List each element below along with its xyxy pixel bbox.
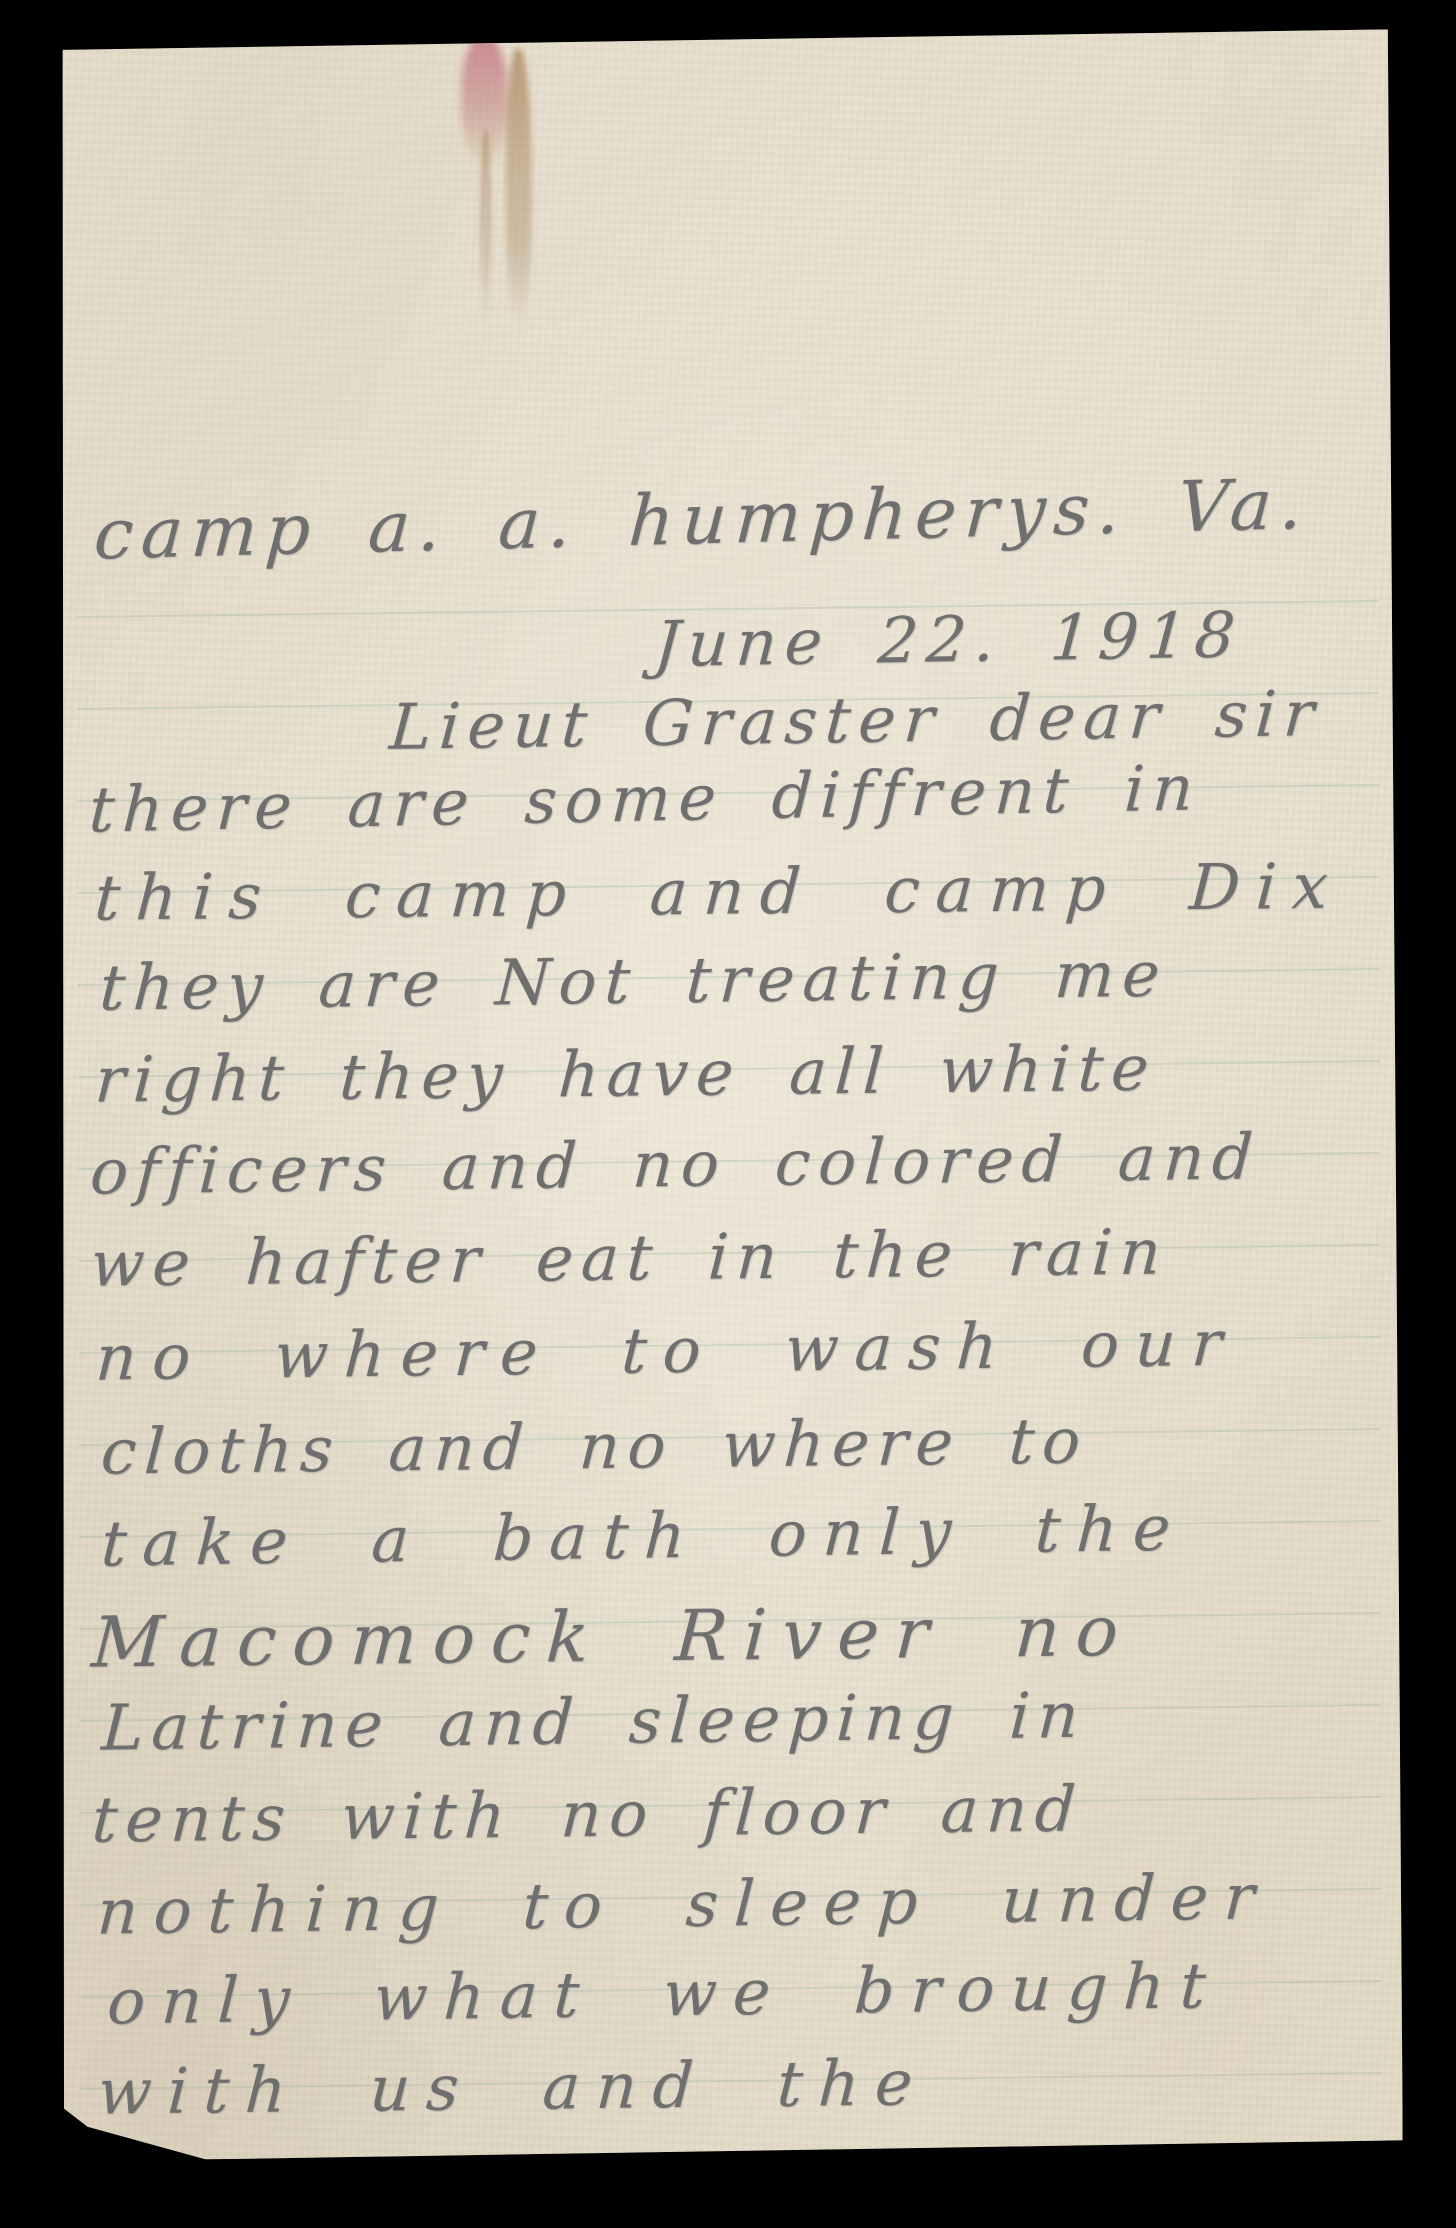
stain-brown-streak: [505, 49, 532, 329]
stain-pink-streak: [461, 39, 507, 169]
letter-line: take a bath only the: [99, 1491, 1188, 1580]
letter-line: nothing to sleep under: [95, 1860, 1272, 1948]
ink-stain: [453, 38, 564, 338]
letter-line: they are Not treating me: [98, 938, 1170, 1025]
letter-line: no where to wash our: [94, 1307, 1240, 1395]
letter-paper: camp a. a. humpherys. Va. June 22. 1918 …: [55, 28, 1403, 2160]
letter-line: Latrine and sleeping in: [100, 1679, 1089, 1765]
letter-line: right they have all white: [93, 1032, 1159, 1117]
letter-line: with us and the: [96, 2046, 931, 2128]
letter-line: cloths and no where to: [99, 1404, 1090, 1488]
letter-line: tents with no floor and: [90, 1772, 1086, 1856]
letter-line: only what we brought: [105, 1949, 1223, 2039]
letter-line: officers and no colored and: [88, 1120, 1262, 1208]
letter-line-date: June 22. 1918: [652, 598, 1245, 681]
stain-drip: [479, 129, 492, 329]
letter-line: there are some diffrent in: [87, 751, 1202, 846]
photo-background: camp a. a. humpherys. Va. June 22. 1918 …: [0, 0, 1456, 2228]
letter-line-heading: camp a. a. humpherys. Va.: [92, 463, 1313, 576]
letter-line: this camp and camp Dix: [93, 850, 1346, 935]
letter-line: Macomock River no: [90, 1590, 1137, 1684]
letter-line: we hafter eat in the rain: [89, 1215, 1171, 1300]
